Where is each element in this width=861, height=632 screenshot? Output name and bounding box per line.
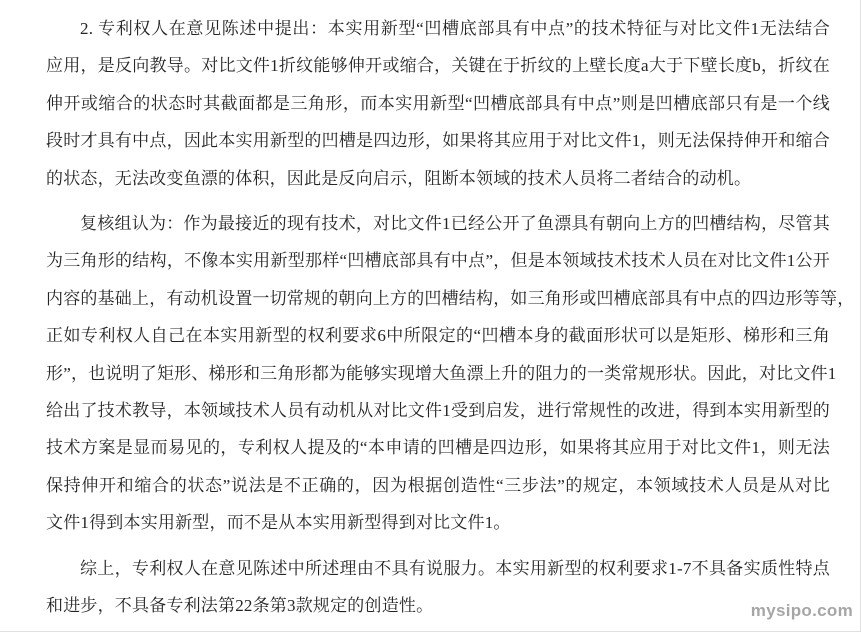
document-page: 2. 专利权人在意见陈述中提出：本实用新型“凹槽底部具有中点”的技术特征与对比文… [0,0,861,632]
text-line: 伸开或缩合的状态时其截面都是三角形，而本实用新型“凹槽底部具有中点”则是凹槽底部… [46,85,830,122]
paragraph-1: 2. 专利权人在意见陈述中提出：本实用新型“凹槽底部具有中点”的技术特征与对比文… [46,10,830,197]
text-line: 复核组认为：作为最接近的现有技术，对比文件1已经公开了鱼漂具有朝向上方的凹槽结构… [46,205,830,242]
text-line: 技术方案是显而易见的，专利权人提及的“本申请的凹槽是四边形，如果将其应用于对比文… [46,429,830,466]
text-line: 段时才具有中点，因此本实用新型的凹槽是四边形，如果将其应用于对比文件1，则无法保… [46,122,830,159]
text-line: 文件1得到本实用新型，而不是从本实用新型得到对比文件1。 [46,504,830,541]
text-line: 形”，也说明了矩形、梯形和三角形都为能够实现增大鱼漂上升的阻力的一类常规形状。因… [46,355,830,392]
text-line: 的状态，无法改变鱼漂的体积，因此是反向启示，阻断本领域的技术人员将二者结合的动机… [46,160,830,197]
text-line: 和进步，不具备专利法第22条第3款规定的创造性。 [46,587,830,624]
text-line: 给出了技术教导，本领域技术人员有动机从对比文件1受到启发，进行常规性的改进，得到… [46,392,830,429]
text-line: 应用，是反向教导。对比文件1折纹能够伸开或缩合，关键在于折纹的上壁长度a大于下壁… [46,47,830,84]
text-line: 内容的基础上，有动机设置一切常规的朝向上方的凹槽结构，如三角形或凹槽底部具有中点… [46,280,830,317]
text-line: 为三角形的结构，不像本实用新型那样“凹槽底部具有中点”，但是本领域技术技术人员在… [46,242,830,279]
site-watermark: mysipo.com [751,601,853,621]
text-line: 正如专利权人自己在本实用新型的权利要求6中所限定的“凹槽本身的截面形状可以是矩形… [46,317,830,354]
text-line: 保持伸开和缩合的状态”说法是不正确的，因为根据创造性“三步法”的规定，本领域技术… [46,467,830,504]
paragraph-2: 复核组认为：作为最接近的现有技术，对比文件1已经公开了鱼漂具有朝向上方的凹槽结构… [46,205,830,542]
text-line: 综上，专利权人在意见陈述中所述理由不具有说服力。本实用新型的权利要求1-7不具备… [46,550,830,587]
paragraph-3: 综上，专利权人在意见陈述中所述理由不具有说服力。本实用新型的权利要求1-7不具备… [46,550,830,625]
text-line: 2. 专利权人在意见陈述中提出：本实用新型“凹槽底部具有中点”的技术特征与对比文… [46,10,830,47]
